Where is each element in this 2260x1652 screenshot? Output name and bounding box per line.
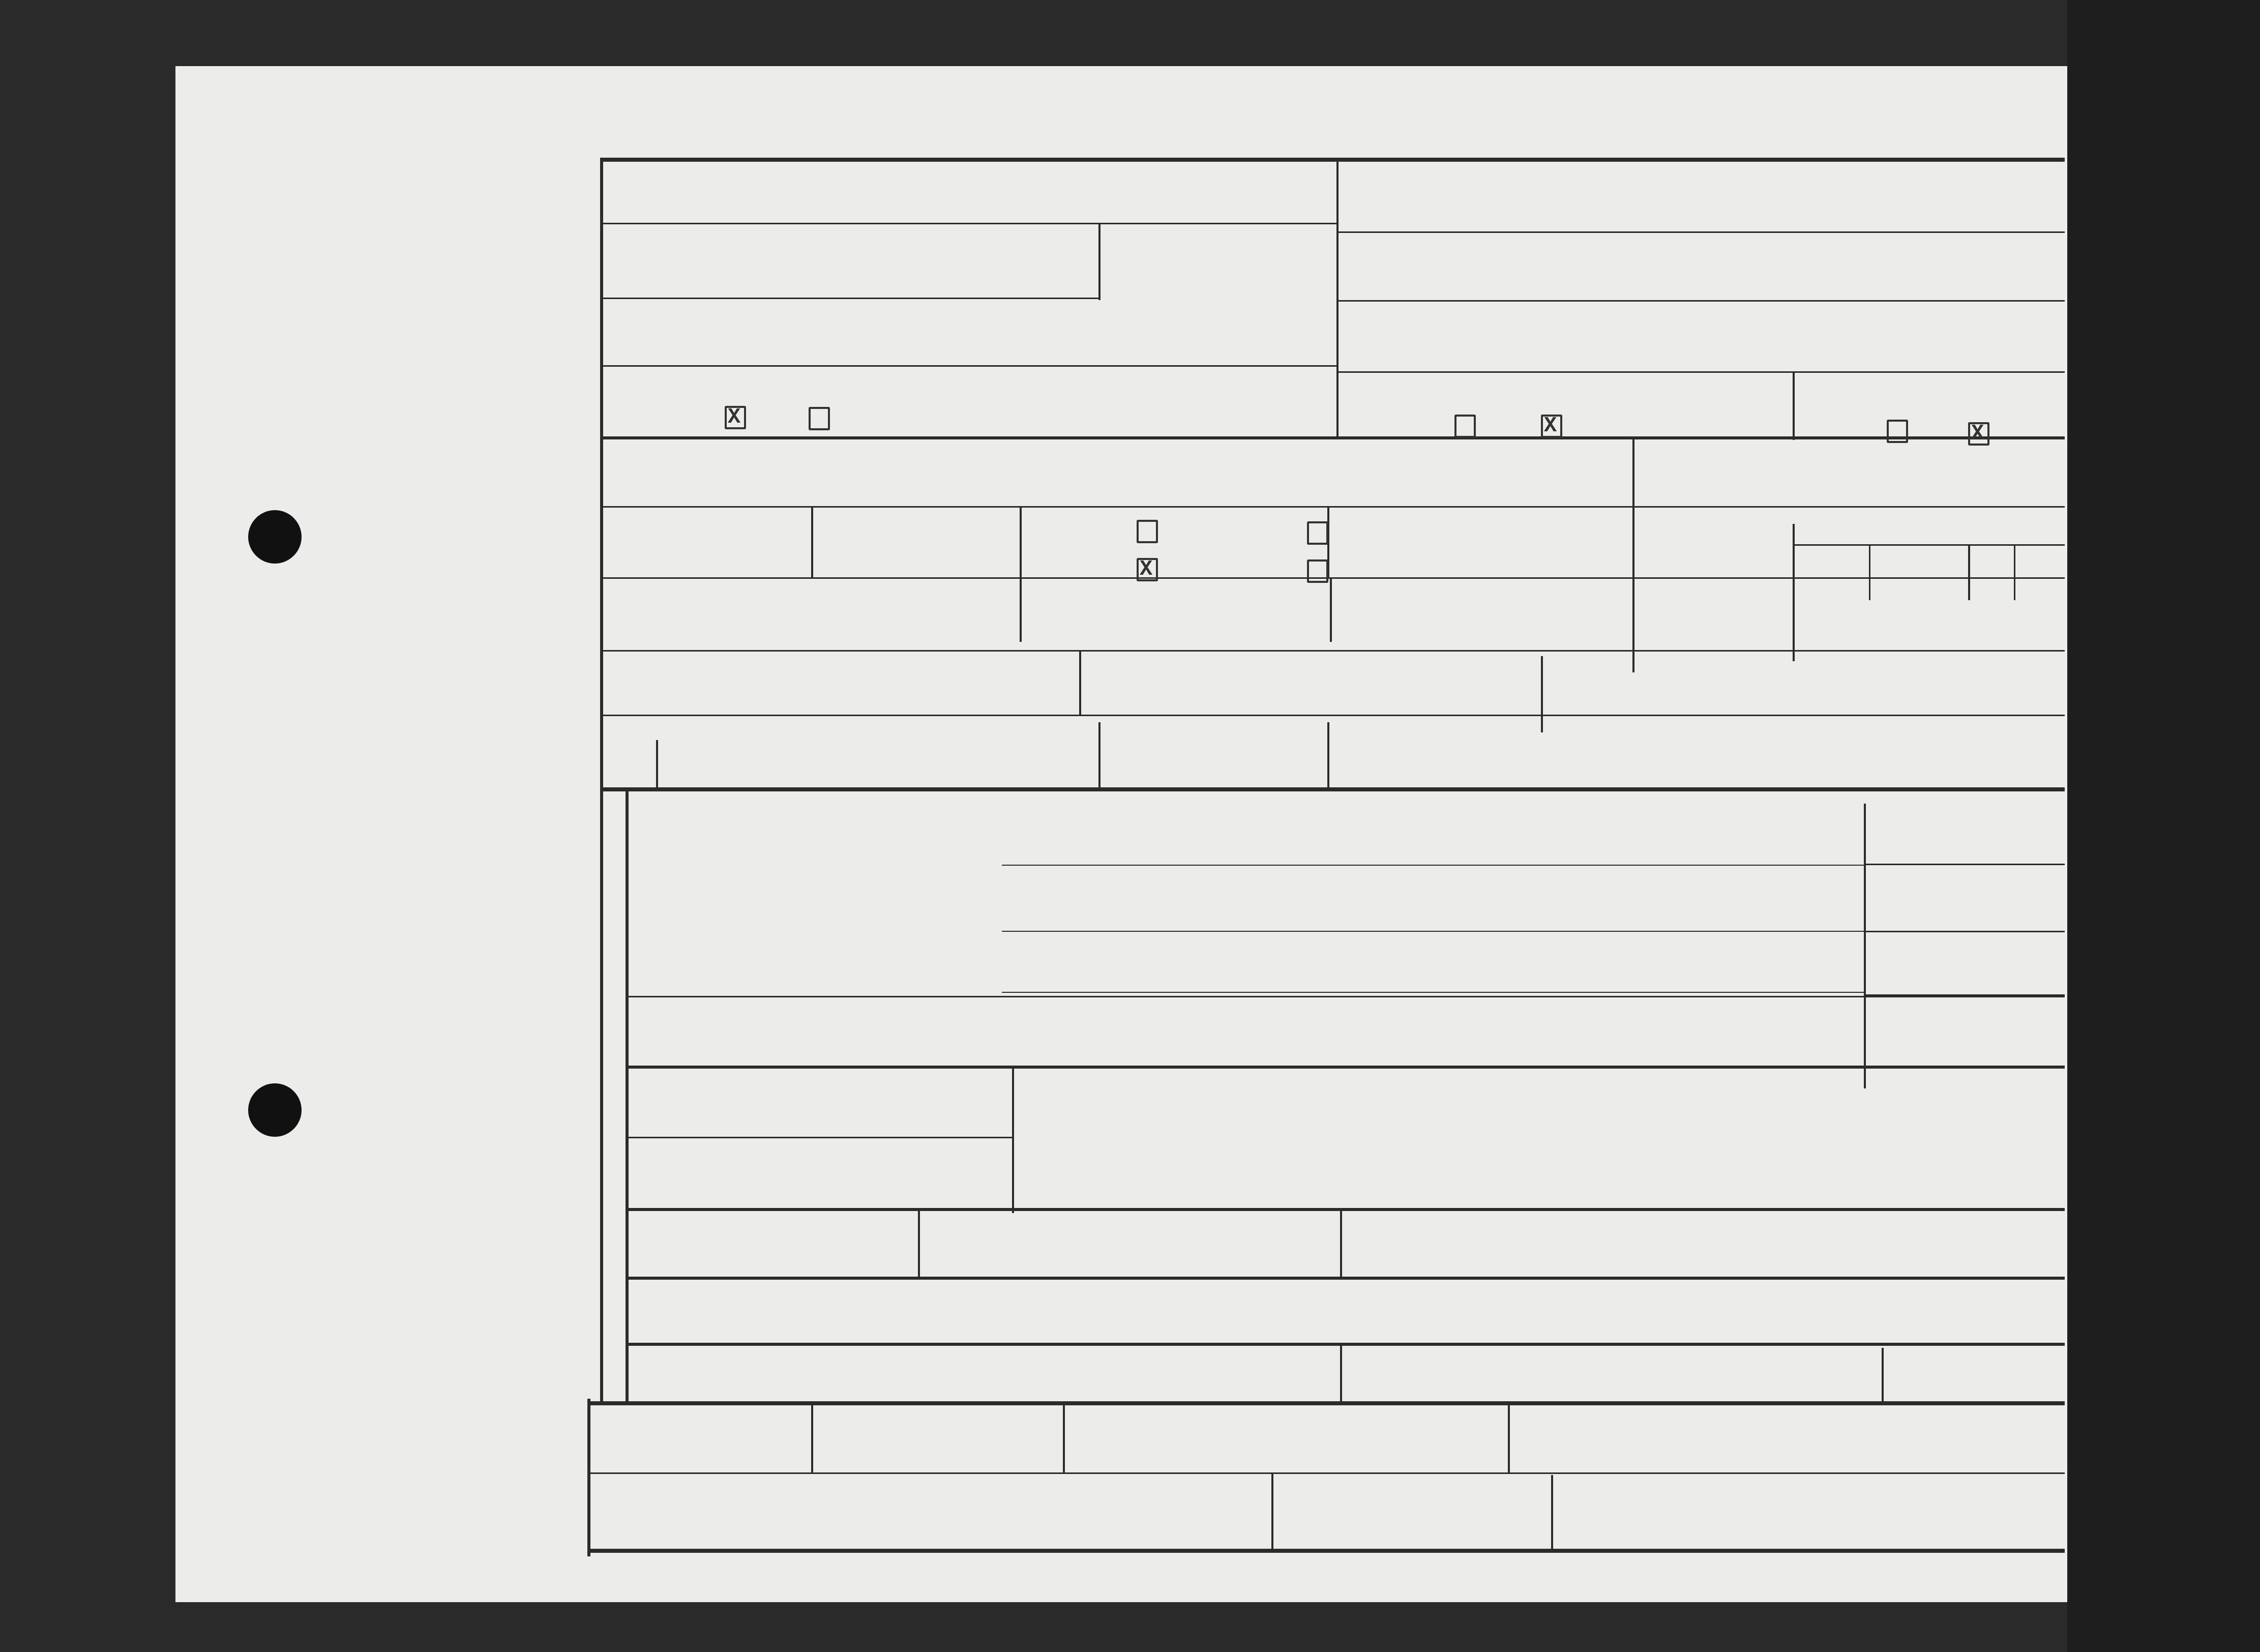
rule [587,1401,2065,1405]
farm-no-checkbox[interactable] [1968,422,1989,446]
rule [587,1549,2065,1553]
rule [1063,1404,1065,1472]
rule [587,1472,2065,1474]
rule [1079,651,1081,715]
married-checkbox[interactable] [1137,520,1158,543]
widowed-checkbox[interactable] [1137,558,1158,581]
residence-inside-no-checkbox[interactable] [1541,415,1562,438]
rule [626,791,629,1401]
rule [811,507,813,578]
residence-inside-yes-checkbox[interactable] [1454,415,1476,438]
rule [1002,931,1864,932]
rule [811,1404,813,1472]
punch-hole [248,1083,302,1137]
rule [1793,544,2065,546]
inside-limits-yes-checkbox[interactable] [725,406,746,429]
never-married-checkbox[interactable] [1307,521,1328,545]
rule [600,223,1337,224]
rule [1336,371,2065,373]
rule [1002,865,1864,866]
rule [1793,524,1795,600]
scan-border [2067,0,2260,1652]
inside-limits-no-checkbox[interactable] [809,407,830,430]
rule [626,1208,2065,1211]
rule [656,740,658,791]
rule [600,298,1098,299]
rule [600,365,1337,367]
rule [600,436,2065,439]
rule [1793,600,1795,661]
certificate-page [175,66,2067,1602]
rule [1793,371,1795,440]
rule [1271,1472,1273,1549]
rule [600,577,2065,579]
rule [1632,438,1634,672]
rule [1098,722,1101,791]
rule [1864,804,1866,1088]
rule [1541,656,1543,732]
rule [1020,507,1022,642]
rule [600,506,2065,508]
divorced-checkbox[interactable] [1307,559,1328,583]
rule [1336,300,2065,302]
rule [1340,1345,1342,1404]
rule [1869,544,1870,600]
rule [1336,160,1339,437]
rule [1882,1348,1884,1404]
rule [918,1211,920,1279]
rule [587,1399,590,1556]
rule [1864,864,2065,865]
rule [626,1137,1012,1138]
rule [626,1277,2065,1280]
rule [600,158,2065,162]
rule [600,158,603,1404]
rule [1968,544,1970,600]
rule [1012,1068,1014,1213]
rule [626,996,2065,997]
rule [600,650,2065,652]
rule [600,787,2065,791]
rule [1508,1404,1510,1472]
rule [626,1343,2065,1346]
punch-hole [248,510,302,564]
rule [1864,931,2065,932]
rule [1002,992,1864,993]
rule [1098,224,1101,300]
rule [600,715,2065,716]
rule [1551,1475,1553,1549]
rule [2014,544,2015,600]
rule [1327,722,1329,791]
rule [1340,1211,1342,1279]
rule [626,1066,2065,1069]
farm-yes-checkbox[interactable] [1887,420,1908,443]
rule [1330,578,1332,642]
rule [1336,231,2065,233]
